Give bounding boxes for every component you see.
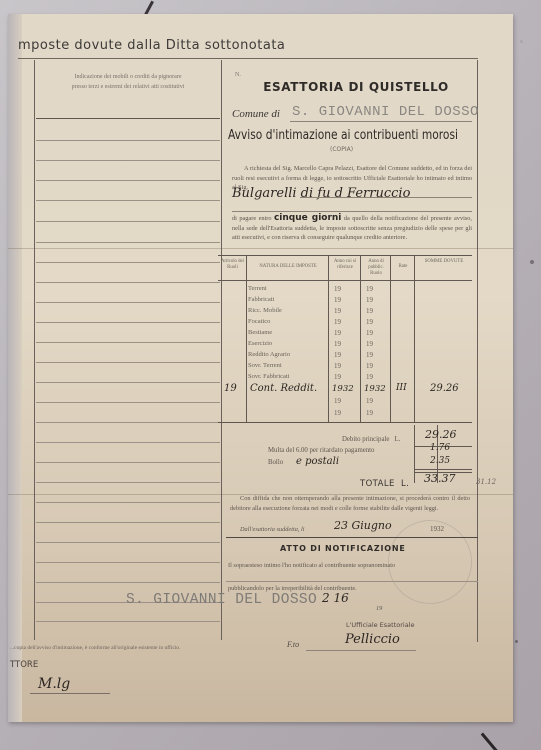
bollo-handwritten: e postali [296, 456, 339, 467]
stub-rule [36, 582, 220, 583]
officer-label: L'Ufficiale Esattoriale [346, 621, 415, 629]
row-nature: Esercizio [248, 340, 272, 347]
row-year-ref: 19 [334, 329, 341, 337]
row-year-pub: 19 [366, 351, 373, 359]
stub-rule [36, 542, 220, 543]
date-handwritten: 23 Giugno [334, 519, 392, 532]
stub-rule [36, 562, 220, 563]
comune-stamp: S. GIOVANNI DEL DOSSO [292, 104, 479, 120]
row-year-pub: 19 [366, 285, 373, 293]
debito-row: Debito principale L. [342, 436, 400, 443]
header-strip-text: mposte dovute dalla Ditta sottonotata [18, 38, 285, 53]
notification-text: Il sopraesteso intimo l'ho notificato al… [228, 561, 395, 571]
stub-border [34, 60, 35, 640]
stub-rule [36, 180, 220, 181]
notification-rule [226, 537, 478, 538]
table-header-year-pub: Anno di pubblic. Ruolo [362, 259, 390, 277]
row-nature: Ricc. Mobile [248, 307, 282, 314]
place-stamp: S. GIOVANNI DEL DOSSO [126, 592, 317, 608]
tax-table: Articolo dei Ruoli NATURA DELLE IMPOSTE … [218, 255, 472, 423]
notification-day-handwritten: 2 16 [322, 591, 349, 605]
row-year-pub: 19 [366, 318, 373, 326]
row-year-pub-handwritten: 1932 [364, 384, 386, 394]
bollo-label: Bollo [268, 459, 283, 466]
notification-rule-faint [226, 581, 478, 582]
notice-subtitle: Avviso d'intimazione ai contribuenti mor… [228, 128, 433, 143]
row-year-ref: 19 [334, 351, 341, 359]
row-year-pub: 19 [366, 307, 373, 315]
pay-deadline-bold: cinque giorni [274, 213, 341, 223]
stub-rule [36, 462, 220, 463]
table-header-nature: NATURA DELLE IMPOSTE [248, 264, 328, 270]
totals-rule [415, 469, 472, 470]
stub-rule [36, 118, 220, 119]
row-nature: Terreni [248, 285, 267, 292]
left-stub-panel [24, 60, 222, 640]
row-year-ref: 19 [334, 318, 341, 326]
row-nature: Focatico [248, 318, 270, 325]
stub-rule [36, 502, 220, 503]
debito-label: Debito principale [342, 436, 389, 443]
table-header-rule [218, 280, 472, 281]
margin-note-handwritten: 31.12 [476, 478, 496, 486]
stub-rule [36, 362, 220, 363]
stub-rule [36, 382, 220, 383]
stub-rule [36, 342, 220, 343]
row-year-pub: 19 [366, 340, 373, 348]
notification-title: ATTO DI NOTIFICAZIONE [280, 544, 406, 553]
stub-caption: Indicazione dei mobili o crediti da pign… [42, 72, 214, 92]
comune-underline [290, 121, 472, 122]
taxpayer-name-handwritten: Bulgarelli di fu d Ferruccio [232, 186, 410, 201]
stub-rule [36, 302, 220, 303]
stub-rule [36, 422, 220, 423]
row-nature: Sovr. Terreni [248, 362, 282, 369]
pay-text: di pagare entro [232, 215, 272, 222]
row-nature: Fabbricati [248, 296, 274, 303]
stub-rule [36, 442, 220, 443]
totale-currency: L. [401, 479, 409, 489]
esattore-signature-line [30, 693, 110, 694]
stub-rule [36, 221, 220, 222]
taxpayer-line [232, 211, 472, 212]
date-year: 1932 [430, 525, 444, 535]
officer-signature: Pelliccio [345, 632, 400, 647]
row-amount-handwritten: 29.26 [430, 383, 459, 394]
debito-currency: L. [394, 436, 400, 443]
row-nature: Bestiame [248, 329, 272, 336]
row-nature: Reddito Agrario [248, 351, 290, 358]
row-year-pub: 19 [366, 296, 373, 304]
row-article-handwritten: 19 [224, 383, 237, 394]
totale-row: TOTALE L. [360, 479, 409, 489]
esattore-signature: M.lg [38, 676, 70, 692]
table-header-year-ref: Anno cui si riferisce [330, 259, 360, 271]
stub-rule [36, 242, 220, 243]
multa-value-handwritten: 1.76 [430, 443, 450, 453]
row-year-ref: 19 [334, 296, 341, 304]
stub-rule [36, 621, 220, 622]
row-year-pub: 19 [366, 373, 373, 381]
taxpayer-line [300, 197, 472, 198]
row-year-pub: 19 [366, 397, 373, 405]
stub-footer-note: ...copia dell'avviso d'intimazione, è co… [10, 645, 180, 651]
stub-rule [36, 482, 220, 483]
row-nature: Sovr. Fabbricati [248, 373, 290, 380]
stub-rule [36, 402, 220, 403]
number-label: N. [235, 72, 241, 78]
stub-rule [36, 140, 220, 141]
comune-label: Comune di [232, 108, 280, 120]
esattore-label: TTORE [10, 660, 38, 670]
row-year-ref-handwritten: 1932 [332, 384, 354, 394]
row-year-pub: 19 [366, 329, 373, 337]
row-year-ref: 19 [334, 307, 341, 315]
office-title: ESATTORIA DI QUISTELLO [240, 80, 472, 94]
table-header-rate: Rate [392, 264, 414, 270]
row-rate-handwritten: III [396, 383, 407, 393]
row-year-pub: 19 [366, 409, 373, 417]
row-year-ref: 19 [334, 409, 341, 417]
copia-label: (COPIA) [330, 146, 353, 153]
stub-rule [36, 160, 220, 161]
fto-label: F.to [287, 640, 299, 649]
row-year-ref: 19 [334, 362, 341, 370]
stub-rule [36, 282, 220, 283]
row-year-ref: 19 [334, 340, 341, 348]
stub-rule [36, 522, 220, 523]
pay-paragraph: di pagare entro cinque giorni da quello … [232, 214, 472, 243]
stub-caption-line: Indicazione dei mobili o crediti da pign… [42, 72, 214, 82]
row-year-pub: 19 [366, 362, 373, 370]
date-place-label: Dall'esattoria suddetta, li [240, 525, 305, 535]
signature-line [306, 650, 416, 651]
header-rule [18, 58, 478, 59]
totale-value-handwritten: 33.37 [424, 472, 456, 485]
stub-rule [36, 322, 220, 323]
multa-label: Multa del 6.00 per ritardato pagamento [268, 447, 374, 454]
stub-rule [36, 200, 220, 201]
warning-paragraph: Con diffida che non ottemperando alla pr… [230, 494, 470, 513]
stub-rule [36, 262, 220, 263]
row-nature-handwritten: Cont. Reddit. [250, 383, 317, 394]
notification-year: 19 [376, 604, 382, 614]
stub-caption-line: presso terzi e estremi dei relativi atti… [42, 82, 214, 92]
table-header-amount: SOMME DOVUTE [416, 259, 472, 265]
row-year-ref: 19 [334, 373, 341, 381]
row-year-ref: 19 [334, 285, 341, 293]
row-year-ref: 19 [334, 397, 341, 405]
paper-torn-edge [8, 14, 22, 722]
debito-value-handwritten: 29.26 [425, 428, 457, 441]
background-wire [481, 733, 503, 750]
totale-label: TOTALE [360, 479, 395, 489]
bollo-value-handwritten: 2.35 [430, 456, 450, 466]
table-header-article: Articolo dei Ruoli [219, 259, 246, 271]
